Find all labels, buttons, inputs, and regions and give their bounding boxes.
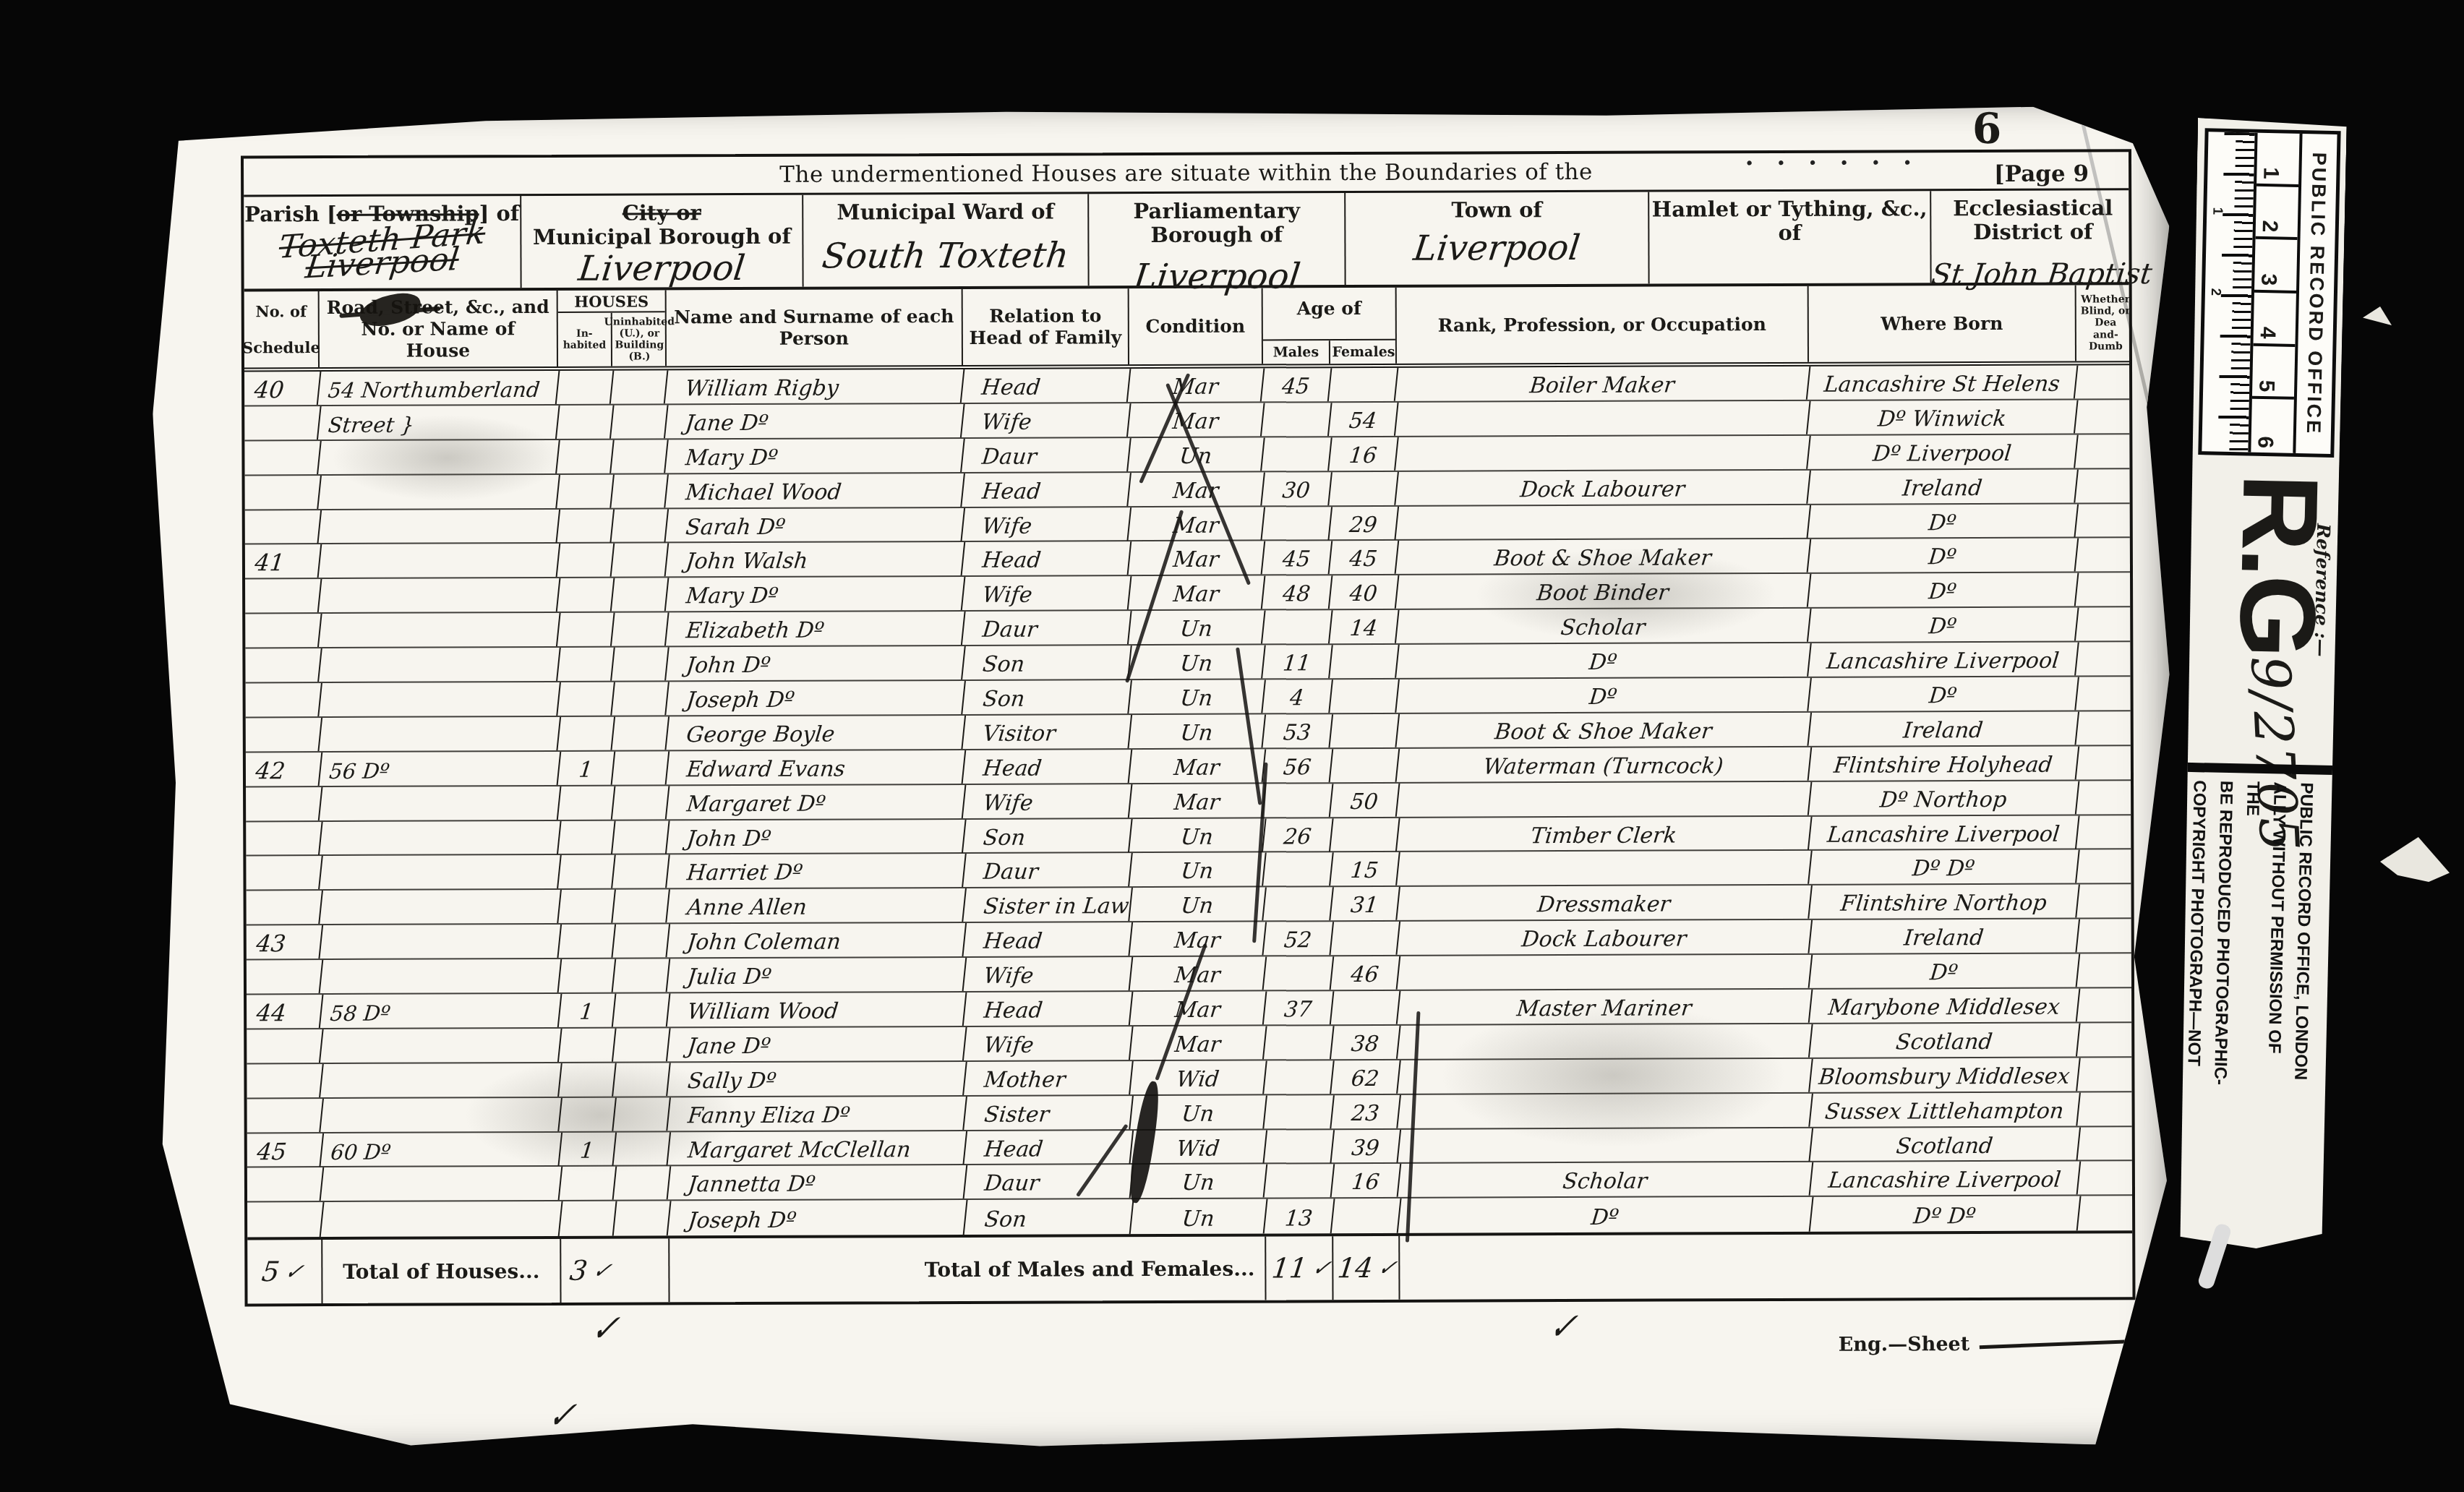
cell-inhabited (557, 544, 615, 577)
cell-name: Jane Dº (667, 1027, 967, 1061)
cell-name: Michael Wood (665, 473, 965, 507)
cell-street: 54 Northumberland (318, 371, 560, 405)
cell-age-male (1264, 1095, 1335, 1128)
cell-inhabited (558, 855, 616, 888)
cell-born: Ireland (1808, 711, 2079, 745)
cell-age-female (1330, 645, 1400, 678)
cell-occupation: Scholar (1398, 1162, 1814, 1197)
cell-occupation (1398, 955, 1813, 990)
col-blind: Whether Blind, or Dea and-Dumb (2076, 285, 2135, 361)
cell-age-female: 40 (1330, 575, 1400, 609)
cell-condition: Un (1128, 437, 1265, 471)
cell-street: Street } (318, 406, 560, 440)
cell-born: Scotland (1810, 1127, 2081, 1161)
cell-blind (2076, 677, 2138, 710)
cell-relation: Daur (962, 611, 1132, 645)
cell-blind (2077, 953, 2139, 987)
col-condition: Condition (1129, 288, 1263, 364)
cell-age-male: 45 (1262, 541, 1333, 575)
cell-street (319, 648, 561, 682)
cell-schedule (244, 579, 322, 612)
cell-born: Dº (1808, 573, 2079, 607)
cell-born: Dº Northop (1809, 781, 2080, 815)
cell-age-male: 56 (1263, 749, 1334, 782)
cell-street: 56 Dº (320, 752, 562, 786)
cell-relation: Head (964, 1131, 1134, 1165)
cell-uninhabited (612, 716, 670, 750)
cell-street (320, 1098, 562, 1132)
cell-street (320, 1029, 562, 1063)
col-occupation: Rank, Profession, or Occupation (1397, 286, 1809, 364)
cell-condition: Mar (1130, 957, 1267, 991)
cell-condition: Mar (1129, 922, 1267, 956)
col-schedule: No. of Schedule (244, 291, 320, 367)
parish-value-struck-2: Liverpool (304, 245, 461, 282)
cell-inhabited (558, 890, 616, 923)
col-females: Females (1330, 340, 1397, 364)
cell-inhabited: 1 (559, 1132, 617, 1165)
cell-inhabited (557, 440, 615, 473)
cell-age-female (1330, 679, 1400, 713)
cell-born: Lancashire Liverpool (1809, 815, 2080, 849)
cell-condition: Mar (1128, 368, 1265, 402)
ruler-inch-cell: 3 (2254, 239, 2298, 293)
cell-street (320, 959, 562, 993)
cell-street (321, 1201, 563, 1237)
cell-age-female (1332, 1199, 1402, 1233)
cell-name: Sarah Dº (665, 507, 965, 541)
cell-schedule: 43 (244, 925, 323, 959)
cell-schedule (244, 787, 323, 820)
cell-uninhabited (614, 1201, 672, 1236)
cell-blind (2076, 919, 2139, 953)
cell-uninhabited (611, 405, 669, 438)
cell-schedule (244, 718, 322, 751)
cell-age-male: 30 (1262, 472, 1332, 505)
cell-blind (2075, 365, 2137, 398)
cell-name: Mary Dº (665, 439, 965, 473)
cell-uninhabited (613, 1028, 671, 1061)
cell-blind (2078, 1196, 2140, 1231)
ruler-inch-cell: 1 (2256, 133, 2300, 187)
title-band: The undermentioned Houses are situate wi… (244, 152, 2129, 197)
cell-street: 60 Dº (320, 1132, 562, 1166)
cell-age-male (1262, 610, 1333, 643)
cell-blind (2075, 400, 2137, 433)
cell-age-male (1263, 853, 1334, 886)
houses-total-label: Total of Houses... (322, 1239, 561, 1303)
cell-inhabited (559, 1097, 617, 1131)
cell-uninhabited (612, 647, 670, 680)
col-name: Name and Surname of each Person (667, 289, 963, 366)
col-house: Road, Street, &c., and No. or Name of Ho… (320, 291, 558, 367)
cell-occupation: Waterman (Turncock) (1397, 747, 1813, 782)
cell-schedule (245, 1029, 324, 1063)
totals-blank-cell (1400, 1234, 2138, 1300)
cell-age-male: 13 (1265, 1199, 1335, 1234)
cell-relation: Daur (962, 438, 1132, 472)
cell-occupation: Master Mariner (1398, 990, 1813, 1024)
cell-inhabited: 1 (558, 751, 616, 784)
cell-relation: Wife (964, 957, 1134, 991)
field-parliamentary-borough: Parliamentary Borough of Liverpool (1089, 193, 1346, 286)
ruler-inch-cell: 2 (2255, 186, 2298, 240)
cell-uninhabited (612, 820, 670, 854)
cell-condition: Mar (1129, 541, 1266, 575)
cell-born: Flintshire Holyhead (1809, 746, 2080, 780)
cell-blind (2076, 539, 2138, 572)
cell-blind (2077, 1127, 2139, 1160)
cell-street (319, 717, 561, 751)
field-municipal-ward: Municipal Ward of South Toxteth (803, 194, 1089, 286)
cell-inhabited (557, 371, 615, 404)
cell-age-female: 62 (1331, 1060, 1401, 1094)
cell-age-male: 4 (1262, 679, 1333, 713)
cell-name: Sally Dº (667, 1062, 967, 1096)
cell-schedule (246, 1168, 325, 1201)
cell-schedule (244, 891, 323, 924)
film-artifact (2380, 837, 2450, 882)
cell-relation: Sister (964, 1096, 1134, 1130)
cell-blind (2076, 642, 2138, 675)
cell-born: Dº Liverpool (1808, 434, 2079, 468)
cell-age-female: 39 (1331, 1129, 1401, 1162)
cell-age-male (1263, 888, 1334, 921)
cell-relation: Head (962, 473, 1132, 507)
cell-condition: Un (1130, 1095, 1267, 1129)
cell-born: Lancashire Liverpool (1810, 1162, 2082, 1196)
cell-relation: Mother (964, 1061, 1134, 1095)
cell-uninhabited (611, 474, 669, 507)
check-mark: ✓ (545, 1394, 578, 1436)
cell-inhabited (557, 613, 615, 646)
cell-blind (2076, 746, 2139, 779)
cell-age-male (1265, 1165, 1335, 1198)
cell-uninhabited (612, 544, 670, 577)
col-uninhabited: Uninhabited (U.), or Building (B.) (612, 312, 667, 366)
cell-relation: Wife (962, 403, 1132, 437)
cell-uninhabited (611, 370, 669, 403)
cell-street (318, 509, 560, 543)
cell-name: John Dº (667, 819, 967, 853)
cell-schedule: 42 (244, 753, 323, 786)
cell-blind (2075, 469, 2137, 502)
cell-occupation: Boot & Shoe Maker (1396, 713, 1812, 747)
cell-condition: Un (1131, 1165, 1268, 1199)
cell-age-male: 53 (1262, 714, 1333, 747)
cell-inhabited (557, 578, 615, 612)
borough-value: Liverpool (577, 251, 747, 286)
public-record-office-label: PUBLIC RECORD OFFICE (2293, 134, 2337, 454)
col-houses-group: HOUSES In-habited Uninhabited (U.), or B… (558, 290, 667, 366)
cell-condition: Mar (1129, 784, 1267, 818)
cell-age-male: 48 (1262, 575, 1333, 609)
cell-name: Anne Allen (667, 888, 967, 922)
cell-name: John Coleman (667, 923, 967, 957)
cell-street (320, 855, 562, 889)
cell-schedule (245, 1064, 324, 1097)
cell-condition: Mar (1129, 749, 1267, 783)
pen-scrawl (1980, 1337, 2196, 1350)
cell-condition: Un (1129, 818, 1267, 852)
cell-age-female (1330, 818, 1400, 851)
cell-schedule: 40 (243, 372, 322, 405)
cell-street (319, 544, 561, 578)
cell-age-male (1264, 956, 1335, 990)
cell-street (320, 890, 562, 924)
cell-name: Edward Evans (667, 750, 967, 784)
cell-occupation: Boot & Shoe Maker (1396, 539, 1812, 574)
cell-name: John Dº (666, 646, 966, 680)
cell-occupation: Dº (1396, 678, 1812, 713)
cell-inhabited (557, 406, 615, 439)
cell-inhabited (558, 786, 616, 819)
cell-uninhabited (612, 890, 670, 923)
cell-age-female: 16 (1332, 1164, 1402, 1197)
cell-age-male (1264, 1060, 1335, 1094)
cell-uninhabited (612, 925, 670, 958)
cell-born: Ireland (1808, 469, 2079, 503)
cell-age-female: 15 (1330, 852, 1400, 886)
cell-occupation: Dº (1398, 1197, 1814, 1233)
cell-age-female: 14 (1330, 610, 1400, 643)
cell-age-female (1330, 714, 1400, 747)
cell-age-female: 31 (1330, 887, 1400, 920)
cell-occupation: Dressmaker (1397, 886, 1813, 920)
cell-blind (2077, 988, 2139, 1021)
ruler-inch-cell: 4 (2253, 293, 2296, 347)
film-artifact (2363, 306, 2392, 325)
corner-page-number: 6 (1972, 104, 2002, 153)
cell-age-male (1262, 403, 1332, 436)
col-born: Where Born (1809, 286, 2076, 362)
cell-relation: Son (962, 680, 1132, 714)
cell-street (319, 682, 561, 716)
cell-occupation: Boot Binder (1396, 574, 1812, 609)
cell-age-female (1329, 472, 1399, 505)
cell-age-male (1262, 437, 1332, 471)
cell-occupation (1395, 436, 1811, 471)
reference-label: Reference :— (2310, 523, 2334, 657)
cell-blind (2076, 781, 2139, 814)
cell-inhabited (559, 1029, 617, 1062)
cell-name: George Boyle (666, 716, 966, 750)
cell-name: Fanny Eliza Dº (667, 1097, 967, 1131)
cell-relation: Head (962, 369, 1132, 403)
cell-uninhabited (611, 440, 669, 473)
cell-born: Lancashire Liverpool (1808, 643, 2079, 677)
cell-uninhabited (612, 751, 670, 784)
cell-born: Bloomsbury Middlesex (1810, 1058, 2081, 1092)
cell-uninhabited (614, 1167, 672, 1200)
cell-blind (2076, 850, 2139, 883)
cell-schedule (244, 614, 322, 647)
cell-occupation (1395, 505, 1811, 539)
eng-sheet-note: Eng.—Sheet (1839, 1333, 1970, 1356)
cell-name: Elizabeth Dº (666, 612, 966, 646)
cell-age-female: 50 (1330, 784, 1400, 817)
cell-born: Scotland (1810, 1023, 2081, 1057)
cell-age-male: 52 (1263, 922, 1334, 955)
field-parish: Parish [or Township] of Toxteth Park Liv… (244, 196, 521, 288)
cell-schedule (245, 1099, 324, 1132)
cell-uninhabited (612, 786, 670, 819)
cell-relation: Son (963, 819, 1133, 853)
cell-relation: Wife (963, 784, 1133, 818)
cell-schedule (243, 441, 322, 474)
cell-age-male (1262, 507, 1332, 540)
cell-street (318, 440, 560, 474)
cell-born: Flintshire Northop (1809, 885, 2080, 919)
cell-age-male: 26 (1263, 818, 1334, 852)
cell-schedule (243, 476, 322, 509)
cell-age-female: 16 (1329, 437, 1399, 471)
cell-relation: Wife (962, 576, 1132, 610)
cell-name: John Walsh (666, 542, 966, 576)
cell-blind (2076, 711, 2138, 745)
cell-relation: Head (962, 542, 1132, 576)
ruler-inch-cell: 6 (2251, 399, 2294, 453)
cell-occupation (1397, 851, 1813, 886)
col-age-group: Age of Males Females (1263, 288, 1397, 364)
cell-inhabited (557, 717, 615, 750)
cell-occupation (1398, 1059, 1813, 1094)
cell-condition: Un (1129, 646, 1266, 679)
copyright-notice: COPYRIGHT PHOTOGRAPH—NOT TO BE REPRODUCE… (2191, 780, 2320, 1093)
ruler-inch-scale: 123456 (2248, 133, 2299, 453)
cell-inhabited (558, 925, 616, 958)
cell-street: 58 Dº (320, 994, 562, 1028)
cell-occupation (1398, 1094, 1813, 1128)
cell-age-male: 11 (1262, 645, 1333, 678)
cell-name: Margaret Dº (667, 785, 967, 819)
check-mark: ✓ (1547, 1305, 1580, 1348)
cell-born: Lancashire St Helens (1808, 366, 2079, 400)
males-total-value: 11✓ (1266, 1236, 1333, 1300)
cell-uninhabited (613, 1132, 671, 1165)
cell-blind (2076, 573, 2138, 606)
cell-relation: Son (962, 646, 1132, 679)
cell-street (318, 475, 560, 509)
cell-blind (2076, 607, 2138, 640)
cell-inhabited (558, 820, 616, 854)
cell-occupation (1397, 782, 1813, 817)
field-town: Town of Liverpool (1346, 192, 1649, 285)
cell-blind (2075, 434, 2137, 468)
cell-born: Dº (1810, 954, 2081, 988)
cell-born: Ireland (1809, 919, 2080, 953)
cell-relation: Daur (964, 1165, 1134, 1199)
totals-row: 5✓ Total of Houses... 3✓ Total of Males … (247, 1234, 2132, 1304)
cell-inhabited (559, 1063, 617, 1096)
cell-schedule: 41 (244, 544, 322, 578)
cell-occupation: Boiler Maker (1395, 366, 1811, 401)
cell-born: Marybone Middlesex (1810, 989, 2081, 1023)
cell-relation: Head (963, 750, 1133, 784)
cell-name: William Rigby (665, 369, 965, 403)
public-record-office-strip: PUBLIC RECORD OFFICE 123456 1 2 R.G Refe… (2174, 118, 2347, 1250)
cell-inhabited: 1 (559, 994, 617, 1027)
cell-age-female: 38 (1331, 1026, 1401, 1059)
cell-street (319, 578, 561, 612)
cell-condition: Mar (1128, 403, 1265, 437)
page-dots: · · · · · · (1745, 148, 1919, 178)
cell-uninhabited (613, 993, 671, 1026)
check-mark: ✓ (589, 1307, 622, 1350)
cell-condition: Un (1129, 611, 1266, 645)
cell-age-male (1264, 1026, 1335, 1059)
cell-born: Dº (1808, 539, 2079, 573)
cell-born: Dº Dº (1809, 850, 2080, 884)
cell-street (320, 786, 562, 820)
cell-uninhabited (611, 509, 669, 542)
cell-street (320, 1063, 562, 1097)
cell-relation: Son (964, 1199, 1134, 1235)
census-page-scan: 6 The undermentioned Houses are situate … (139, 103, 2175, 1455)
cell-blind (2076, 815, 2139, 849)
cell-street (321, 1167, 563, 1201)
page-number-label: [Page 9 (1994, 160, 2089, 186)
cell-name: William Wood (667, 992, 967, 1026)
houses-total-value: 3✓ (561, 1239, 670, 1303)
cell-name: Jannetta Dº (668, 1165, 968, 1199)
cell-street (320, 820, 562, 854)
cell-name: Joseph Dº (668, 1200, 968, 1235)
cell-relation: Head (964, 992, 1134, 1026)
cell-born: Dº Winwick (1808, 400, 2079, 434)
cell-schedule: 45 (245, 1133, 324, 1167)
cell-born: Dº (1808, 677, 2079, 711)
field-hamlet: Hamlet or Tything, &c., of (1649, 191, 1931, 283)
ruler-inch-cell: 5 (2252, 346, 2296, 400)
cell-condition: Un (1129, 853, 1267, 887)
census-rows: 40 54 Northumberland William Rigby Head … (244, 365, 2132, 1240)
cell-schedule (244, 856, 323, 889)
cell-relation: Wife (962, 507, 1132, 541)
ruler: PUBLIC RECORD OFFICE 123456 1 2 (2198, 128, 2340, 458)
cell-name: Jane Dº (665, 404, 965, 438)
cell-condition: Mar (1129, 576, 1266, 610)
cell-name: Julia Dº (667, 958, 967, 992)
cell-occupation: Dock Labourer (1395, 471, 1811, 505)
cell-age-female (1330, 922, 1400, 955)
cell-condition: Un (1129, 679, 1266, 713)
ruler-tick-scale: 1 2 (2204, 132, 2254, 452)
cell-age-female: 45 (1330, 541, 1400, 574)
cell-blind (2078, 1162, 2140, 1195)
cell-street (319, 613, 561, 647)
cell-inhabited (559, 959, 617, 992)
cell-born: Dº (1808, 504, 2079, 538)
cell-occupation: Dº (1396, 643, 1812, 678)
cell-blind (2077, 1023, 2139, 1056)
cell-age-female: 23 (1331, 1095, 1401, 1128)
cell-age-female: 46 (1331, 956, 1401, 990)
cell-schedule (244, 648, 322, 682)
cell-age-male (1264, 1130, 1335, 1163)
cell-blind (2076, 885, 2139, 918)
females-total-value: 14✓ (1333, 1236, 1400, 1300)
cell-uninhabited (612, 578, 670, 612)
cell-name: Harriet Dº (667, 854, 967, 888)
cell-blind (2077, 1092, 2139, 1126)
census-table: The undermentioned Houses are situate wi… (241, 149, 2136, 1306)
ward-value: South Toxteth (821, 239, 1071, 274)
cell-inhabited (557, 682, 615, 716)
cell-occupation (1398, 1128, 1813, 1162)
cell-name: Joseph Dº (666, 681, 966, 715)
cell-condition: Un (1131, 1199, 1268, 1235)
